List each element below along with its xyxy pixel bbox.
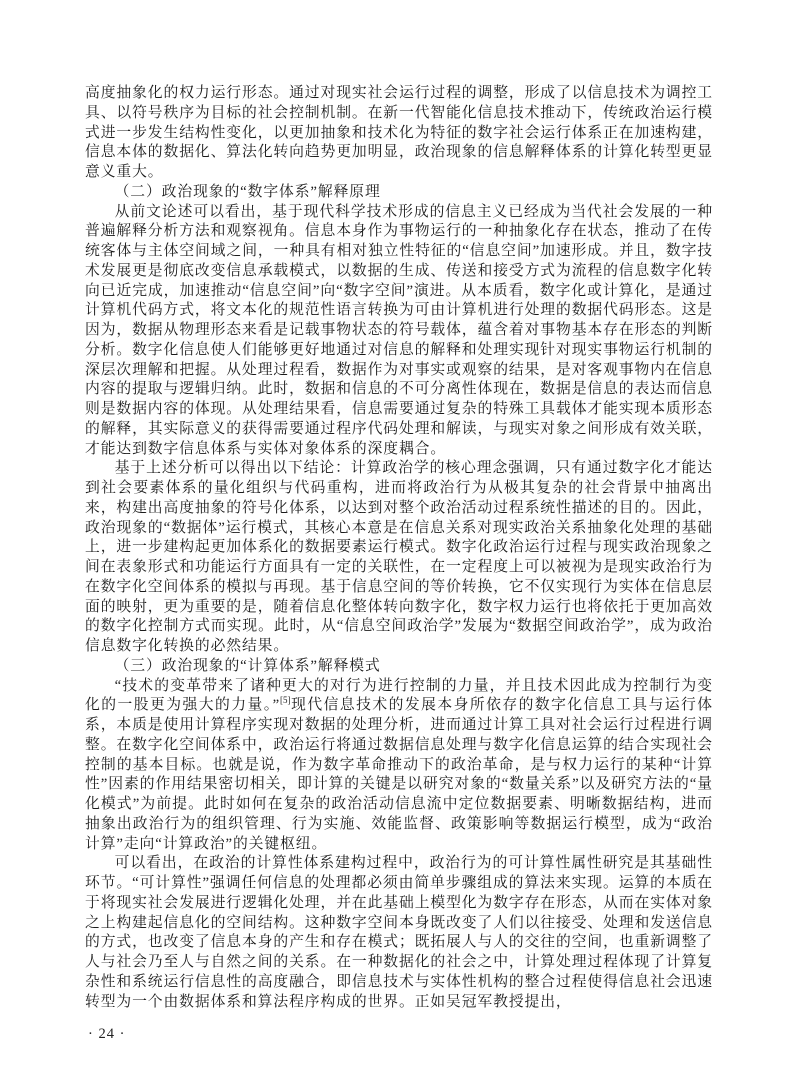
section-heading-2: （二）政治现象的“数字体系”解释原理 xyxy=(85,183,713,203)
paragraph-continuation: 高度抽象化的权力运行形态。通过对现实社会运行过程的调整，形成了以信息技术为调控工… xyxy=(85,84,713,183)
paragraph: 可以看出，在政治的计算性体系建构过程中，政治行为的可计算性属性研究是其基础性环节… xyxy=(85,854,713,1012)
document-page: 高度抽象化的权力运行形态。通过对现实社会运行过程的调整，形成了以信息技术为调控工… xyxy=(0,0,793,1077)
page-number: · 24 · xyxy=(88,1026,125,1043)
paragraph: “技术的变革带来了诸种更大的对行为进行控制的力量，并且技术因此成为控制行为变化的… xyxy=(85,677,713,855)
paragraph: 基于上述分析可以得出以下结论：计算政治学的核心理念强调，只有通过数字化才能达到社… xyxy=(85,459,713,657)
text-column: 高度抽象化的权力运行形态。通过对现实社会运行过程的调整，形成了以信息技术为调控工… xyxy=(85,84,713,1012)
section-heading-3: （三）政治现象的“计算体系”解释模式 xyxy=(85,657,713,677)
paragraph-text: 现代信息技术的发展本身所依存的数字化信息工具与运行体系，本质是使用计算程序实现对… xyxy=(85,697,713,851)
paragraph: 从前文论述可以看出，基于现代科学技术形成的信息主义已经成为当代社会发展的一种普遍… xyxy=(85,203,713,460)
footnote-marker-5: [5] xyxy=(280,695,291,705)
